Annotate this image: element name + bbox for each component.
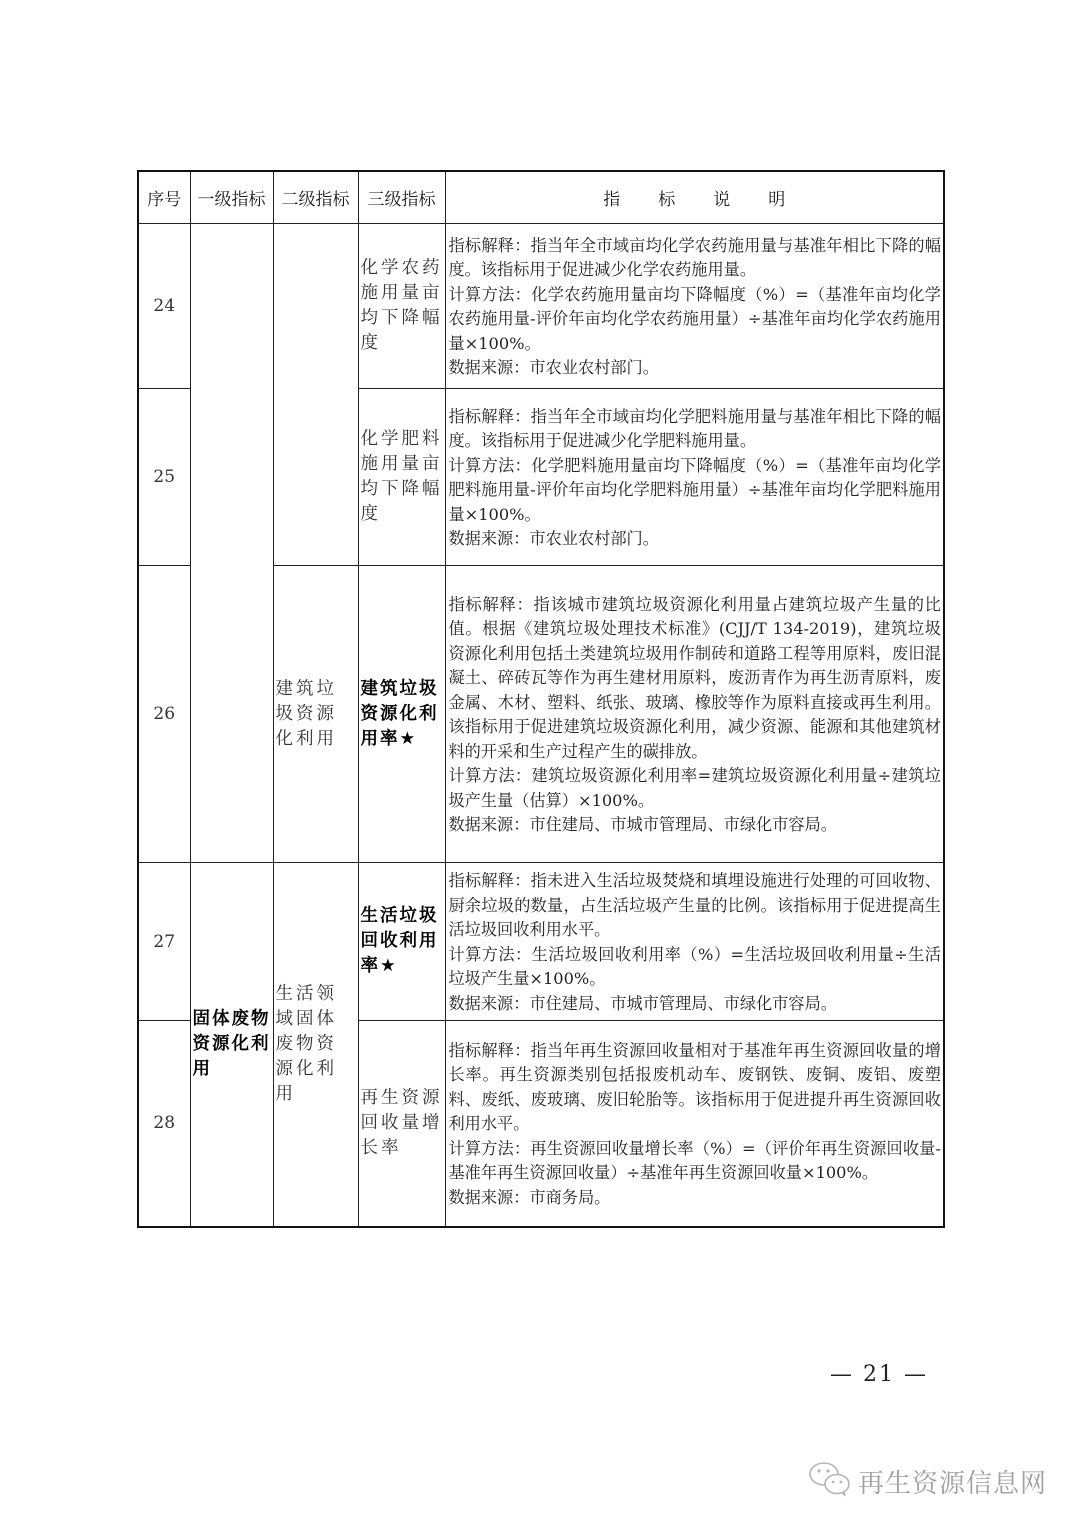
table-row: 27 固体废物资源化利用 生活领域固体废物资源化利用 生活垃圾回收利用率★ 指标… — [138, 863, 944, 1021]
description-source: 数据来源：市商务局。 — [449, 1186, 942, 1211]
row-number: 28 — [138, 1021, 190, 1227]
level2-cell — [273, 224, 358, 566]
row-number: 24 — [138, 224, 190, 389]
row-number: 25 — [138, 389, 190, 566]
level2-cell: 生活领域固体废物资源化利用 — [273, 863, 358, 1227]
description-source: 数据来源：市农业农村部门。 — [449, 527, 942, 552]
level3-cell: 生活垃圾回收利用率★ — [358, 863, 445, 1021]
level3-cell: 再生资源回收量增长率 — [358, 1021, 445, 1227]
level3-cell: 化学农药施用量亩均下降幅度 — [358, 224, 445, 389]
row-number: 27 — [138, 863, 190, 1021]
description-cell: 指标解释：指当年全市域亩均化学农药施用量与基准年相比下降的幅度。该指标用于促进减… — [445, 224, 944, 389]
description-cell: 指标解释：指当年再生资源回收量相对于基准年再生资源回收量的增长率。再生资源类别包… — [445, 1021, 944, 1227]
header-level3: 三级指标 — [358, 171, 445, 224]
header-no: 序号 — [138, 171, 190, 224]
description-explanation: 指标解释：指当年再生资源回收量相对于基准年再生资源回收量的增长率。再生资源类别包… — [449, 1039, 942, 1137]
wechat-icon — [808, 1460, 852, 1502]
level1-cell: 固体废物资源化利用 — [190, 863, 273, 1227]
description-cell: 指标解释：指该城市建筑垃圾资源化利用量占建筑垃圾产生量的比值。根据《建筑垃圾处理… — [445, 566, 944, 863]
description-cell: 指标解释：指当年全市域亩均化学肥料施用量与基准年相比下降的幅度。该指标用于促进减… — [445, 389, 944, 566]
table-header-row: 序号 一级指标 二级指标 三级指标 指标说明 — [138, 171, 944, 224]
header-description: 指标说明 — [445, 171, 944, 224]
description-source: 数据来源：市农业农村部门。 — [449, 356, 942, 381]
description-method: 计算方法：化学肥料施用量亩均下降幅度（%）=（基准年亩均化学肥料施用量-评价年亩… — [449, 454, 942, 528]
table-row: 24 化学农药施用量亩均下降幅度 指标解释：指当年全市域亩均化学农药施用量与基准… — [138, 224, 944, 389]
level3-cell: 建筑垃圾资源化利用率★ — [358, 566, 445, 863]
header-level2: 二级指标 — [273, 171, 358, 224]
watermark-text: 再生资源信息网 — [858, 1463, 1047, 1500]
description-cell: 指标解释：指未进入生活垃圾焚烧和填埋设施进行处理的可回收物、厨余垃圾的数量，占生… — [445, 863, 944, 1021]
description-method: 计算方法：建筑垃圾资源化利用率=建筑垃圾资源化利用量÷建筑垃圾产生量（估算）×1… — [449, 764, 942, 813]
page-number: — 21 — — [830, 1362, 928, 1387]
level2-cell: 建筑垃圾资源化利用 — [273, 566, 358, 863]
description-explanation: 指标解释：指未进入生活垃圾焚烧和填埋设施进行处理的可回收物、厨余垃圾的数量，占生… — [449, 869, 942, 943]
description-explanation: 指标解释：指该城市建筑垃圾资源化利用量占建筑垃圾产生量的比值。根据《建筑垃圾处理… — [449, 593, 942, 765]
header-level1: 一级指标 — [190, 171, 273, 224]
description-explanation: 指标解释：指当年全市域亩均化学肥料施用量与基准年相比下降的幅度。该指标用于促进减… — [449, 405, 942, 454]
level1-cell — [190, 224, 273, 863]
row-number: 26 — [138, 566, 190, 863]
description-method: 计算方法：化学农药施用量亩均下降幅度（%）=（基准年亩均化学农药施用量-评价年亩… — [449, 283, 942, 357]
watermark: 再生资源信息网 — [808, 1460, 1047, 1502]
description-method: 计算方法：生活垃圾回收利用率（%）=生活垃圾回收利用量÷生活垃圾产生量×100%… — [449, 943, 942, 992]
description-source: 数据来源：市住建局、市城市管理局、市绿化市容局。 — [449, 813, 942, 838]
level3-cell: 化学肥料施用量亩均下降幅度 — [358, 389, 445, 566]
description-method: 计算方法：再生资源回收量增长率（%）=（评价年再生资源回收量-基准年再生资源回收… — [449, 1137, 942, 1186]
indicator-table: 序号 一级指标 二级指标 三级指标 指标说明 24 化学农药施用量亩均下降幅度 … — [137, 170, 945, 1228]
description-source: 数据来源：市住建局、市城市管理局、市绿化市容局。 — [449, 992, 942, 1017]
description-explanation: 指标解释：指当年全市域亩均化学农药施用量与基准年相比下降的幅度。该指标用于促进减… — [449, 234, 942, 283]
